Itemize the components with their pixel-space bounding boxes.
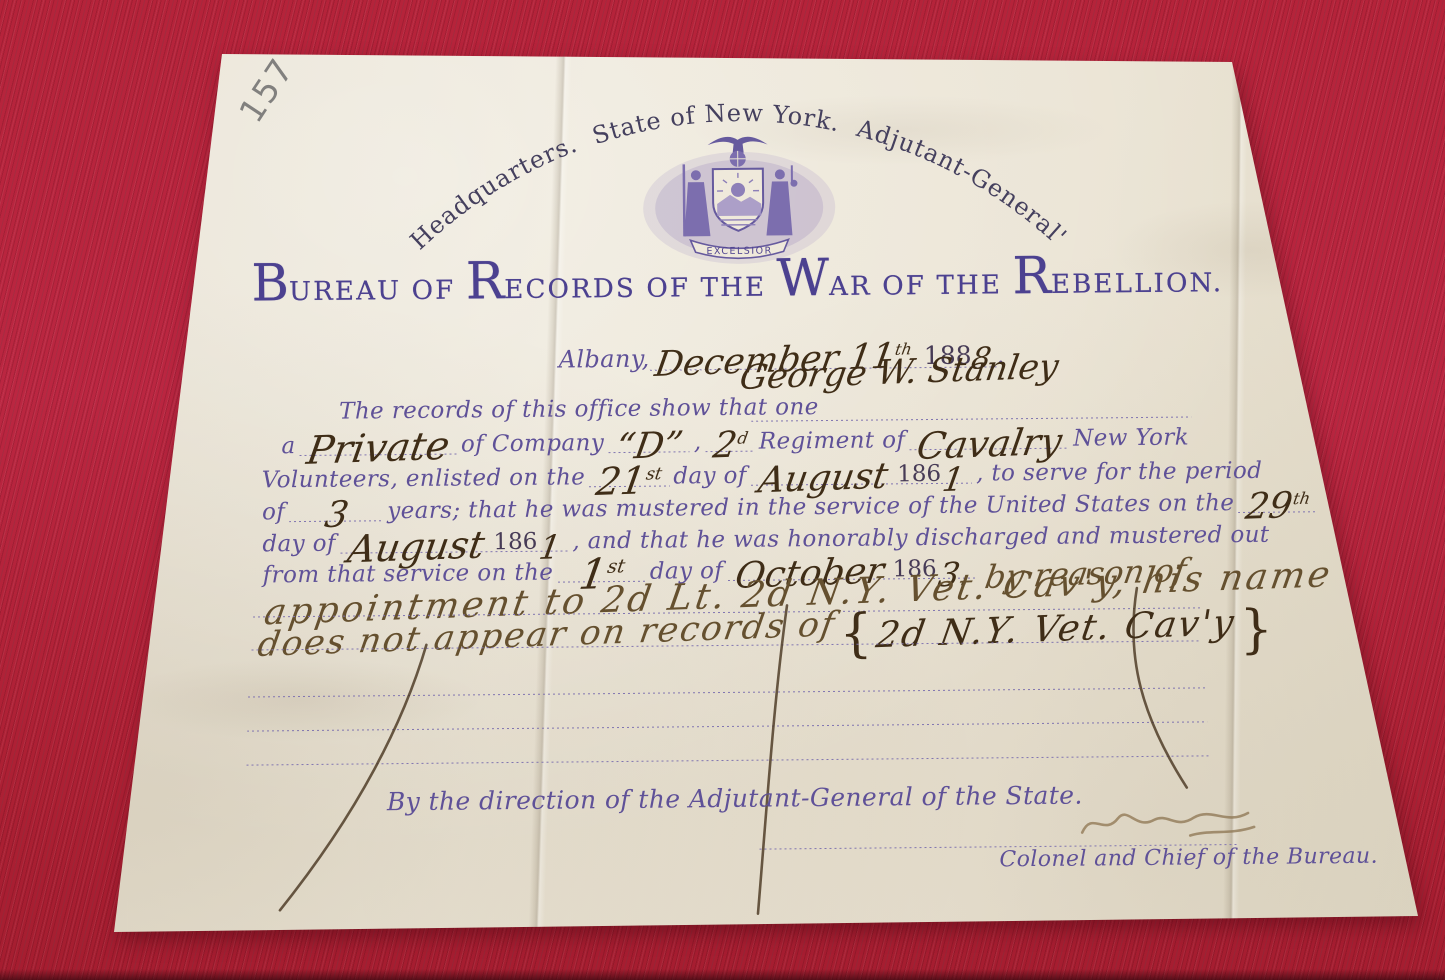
printed-text: of Company [457, 431, 608, 457]
direction-statement: By the direction of the Adjutant-General… [387, 781, 1083, 817]
blank-ruled-line [247, 755, 1209, 765]
title-initial: W [776, 259, 829, 300]
bureau-title: BUREAU OF RECORDS OF THE WAR OF THE REBE… [350, 256, 1125, 306]
regiment-number-fill: 2d [705, 420, 755, 454]
emblem-motto-text: EXCELSIOR [706, 246, 772, 258]
title-initial: R [1012, 257, 1051, 298]
enlist-day-fill: 21st [589, 455, 669, 490]
blank-ruled-line [248, 687, 1206, 697]
paper-sheet: 157 General Headquarters. State of New Y… [0, 0, 1445, 980]
printed-state: New York [1069, 425, 1193, 450]
title-text: AR OF THE [829, 270, 1013, 302]
soldier-name: George W. Stanley [741, 357, 1058, 389]
svg-text:General Headquarters. State o: General Headquarters. State of New York.… [0, 0, 1073, 261]
printed-text: , [690, 430, 706, 454]
dateline-place: Albany, [559, 347, 650, 372]
title-text: ECORDS OF THE [504, 272, 777, 305]
document-photo: 157 General Headquarters. State of New Y… [0, 0, 1445, 980]
term-fill: 3 [289, 489, 383, 524]
enlist-month-fill: August1861 [751, 452, 973, 488]
arc-header-text: General Headquarters. State of New York.… [0, 0, 1073, 261]
title-initial: R [466, 262, 505, 303]
printed-text: day of [669, 464, 751, 489]
document-content: 157 General Headquarters. State of New Y… [0, 0, 1445, 980]
title-text: UREAU OF [289, 275, 466, 307]
closing-brace: } [1240, 615, 1273, 647]
rank-fill: Private [299, 423, 457, 459]
printed-text: Regiment of [755, 428, 910, 454]
muster-day-fill: 29th [1238, 480, 1317, 515]
printed-text: of [258, 500, 289, 524]
title-text: EBELLION. [1051, 268, 1224, 300]
company-fill: “D” [608, 420, 690, 455]
eagle-icon [708, 136, 768, 153]
signer-title: Colonel and Chief of the Bureau. [999, 844, 1378, 873]
blank-ruled-line [247, 721, 1207, 731]
title-initial: B [251, 264, 289, 305]
branch-fill: Cavalry [909, 417, 1069, 453]
printed-text: a [277, 434, 299, 458]
opening-brace: { [839, 619, 872, 651]
